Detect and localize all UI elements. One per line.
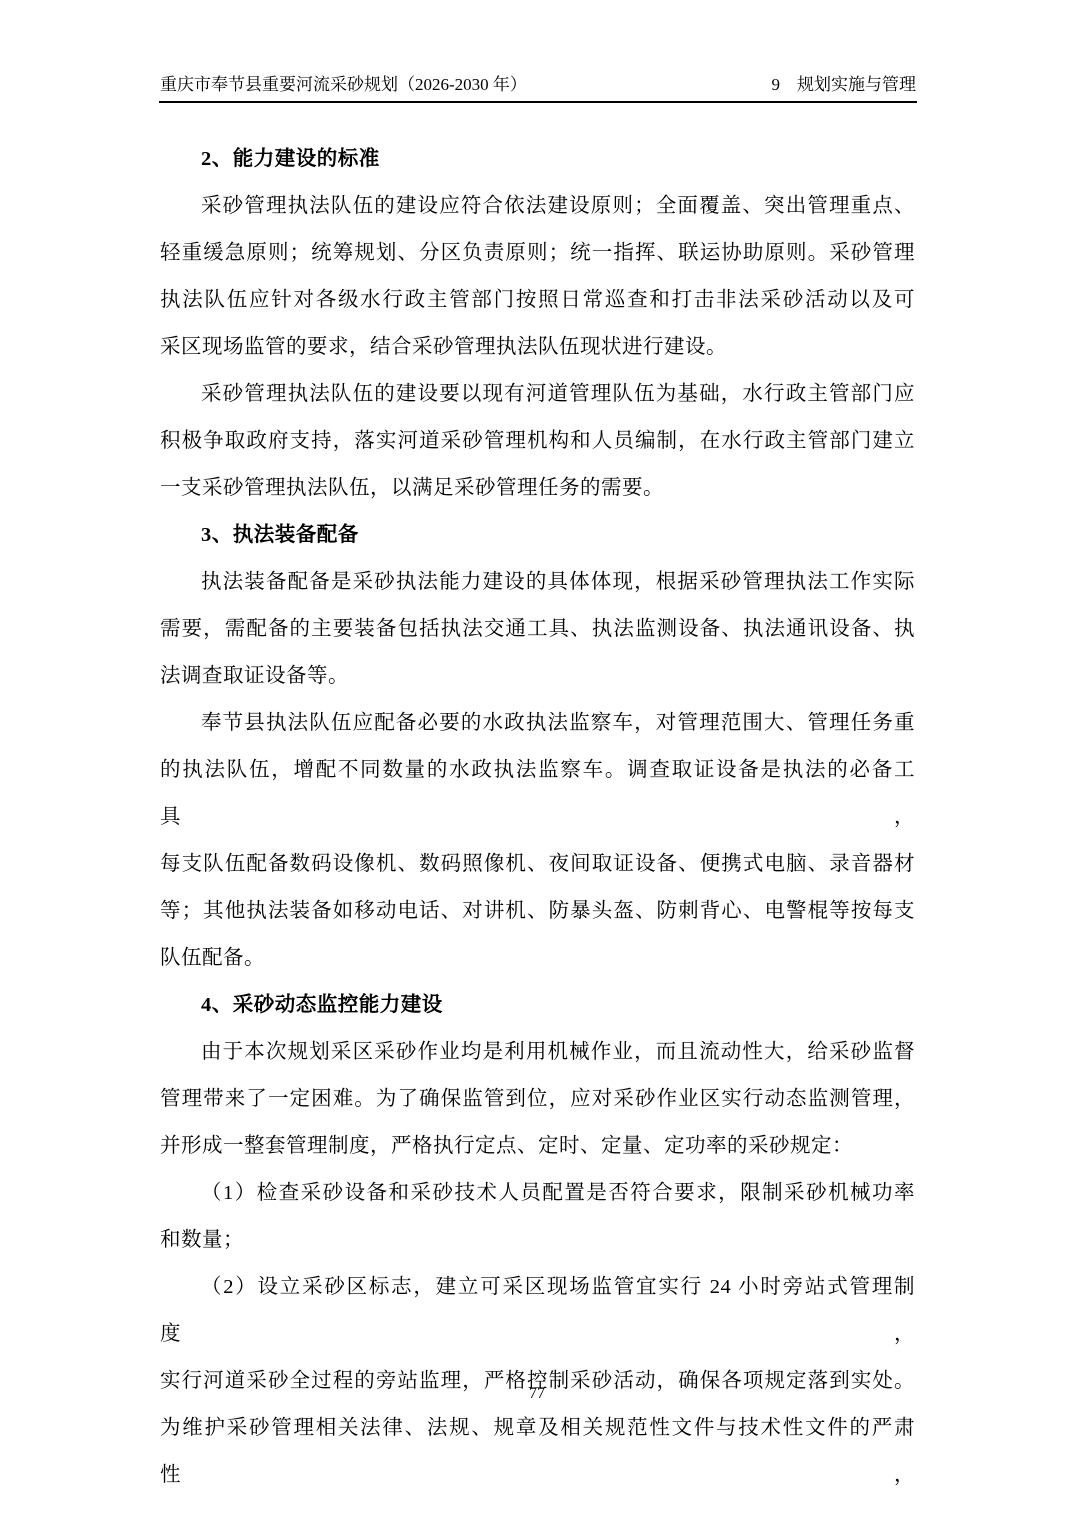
document-body: 2、能力建设的标准采砂管理执法队伍的建设应符合依法建设原则；全面覆盖、突出管理重…: [160, 136, 915, 1499]
section-heading: 3、执法装备配备: [160, 512, 915, 559]
paragraph-line: 并形成一整套管理制度，严格执行定点、定时、定量、定功率的采砂规定：: [160, 1123, 915, 1170]
document-page: 重庆市奉节县重要河流采砂规划（2026-2030 年） 9 规划实施与管理 2、…: [0, 0, 1074, 1520]
section-heading: 2、能力建设的标准: [160, 136, 915, 183]
page-header: 重庆市奉节县重要河流采砂规划（2026-2030 年） 9 规划实施与管理: [160, 74, 916, 96]
paragraph-line: 奉节县执法队伍应配备必要的水政执法监察车，对管理范围大、管理任务重: [160, 700, 915, 747]
paragraph-line: 为维护采砂管理相关法律、法规、规章及相关规范性文件与技术性文件的严肃性，: [160, 1405, 915, 1499]
header-divider: [159, 101, 917, 103]
paragraph-line: 和数量；: [160, 1217, 915, 1264]
paragraph-line: 积极争取政府支持，落实河道采砂管理机构和人员编制，在水行政主管部门建立: [160, 418, 915, 465]
paragraph-line: 的执法队伍，增配不同数量的水政执法监察车。调查取证设备是执法的必备工具，: [160, 747, 915, 841]
paragraph-line: 执法队伍应针对各级水行政主管部门按照日常巡查和打击非法采砂活动以及可: [160, 277, 915, 324]
header-chapter-title: 9 规划实施与管理: [772, 74, 917, 96]
section-heading: 4、采砂动态监控能力建设: [160, 982, 915, 1029]
paragraph-line: （2）设立采砂区标志，建立可采区现场监管宜实行 24 小时旁站式管理制度，: [160, 1264, 915, 1358]
paragraph-line: 轻重缓急原则；统筹规划、分区负责原则；统一指挥、联运协助原则。采砂管理: [160, 230, 915, 277]
page-number: 77: [529, 1385, 545, 1402]
paragraph-line: （1）检查采砂设备和采砂技术人员配置是否符合要求，限制采砂机械功率: [160, 1170, 915, 1217]
paragraph-line: 执法装备配备是采砂执法能力建设的具体体现，根据采砂管理执法工作实际: [160, 559, 915, 606]
paragraph-line: 队伍配备。: [160, 935, 915, 982]
paragraph-line: 采砂管理执法队伍的建设应符合依法建设原则；全面覆盖、突出管理重点、: [160, 183, 915, 230]
paragraph-line: 法调查取证设备等。: [160, 653, 915, 700]
paragraph-line: 由于本次规划采区采砂作业均是利用机械作业，而且流动性大，给采砂监督: [160, 1029, 915, 1076]
paragraph-line: 每支队伍配备数码设像机、数码照像机、夜间取证设备、便携式电脑、录音器材: [160, 841, 915, 888]
paragraph-line: 采砂管理执法队伍的建设要以现有河道管理队伍为基础，水行政主管部门应: [160, 371, 915, 418]
paragraph-line: 采区现场监管的要求，结合采砂管理执法队伍现状进行建设。: [160, 324, 915, 371]
paragraph-line: 管理带来了一定困难。为了确保监管到位，应对采砂作业区实行动态监测管理，: [160, 1076, 915, 1123]
paragraph-line: 等；其他执法装备如移动电话、对讲机、防暴头盔、防刺背心、电警棍等按每支: [160, 888, 915, 935]
paragraph-line: 一支采砂管理执法队伍，以满足采砂管理任务的需要。: [160, 465, 915, 512]
header-document-title: 重庆市奉节县重要河流采砂规划（2026-2030 年）: [160, 74, 527, 96]
page-footer: 77: [0, 1384, 1074, 1404]
paragraph-line: 需要，需配备的主要装备包括执法交通工具、执法监测设备、执法通讯设备、执: [160, 606, 915, 653]
